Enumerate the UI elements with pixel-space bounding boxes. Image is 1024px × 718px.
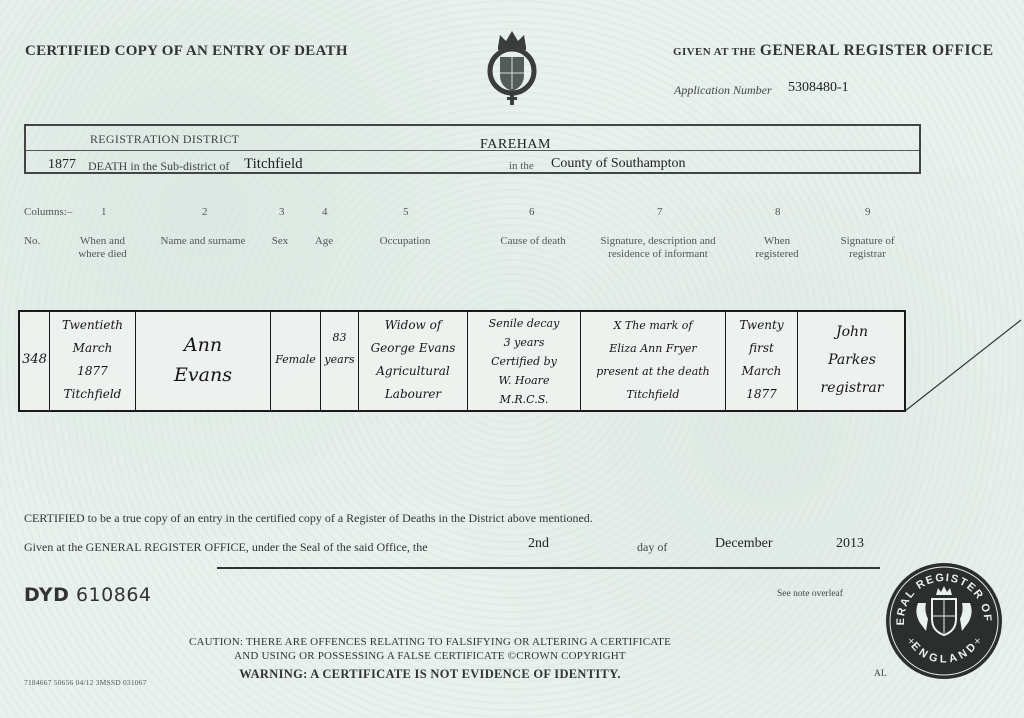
column-number: 4 bbox=[322, 206, 328, 218]
application-number-label: Application Number bbox=[674, 83, 772, 98]
entry-registrar-signature: John Parkes registrar bbox=[798, 318, 906, 402]
office-name: GENERAL REGISTER OFFICE bbox=[760, 42, 994, 59]
certificate-title: CERTIFIED COPY OF AN ENTRY OF DEATH bbox=[25, 43, 348, 60]
entry-name: Ann Evans bbox=[136, 330, 270, 390]
column-number: 1 bbox=[101, 206, 107, 218]
issue-year: 2013 bbox=[836, 536, 864, 552]
column-header-name: Name and surname bbox=[148, 235, 258, 248]
column-number: 2 bbox=[202, 206, 208, 218]
general-register-office-seal-icon: GENERAL REGISTER OFFICE ENGLAND ✕ ✕ bbox=[884, 561, 1004, 681]
registration-district-value: FAREHAM bbox=[480, 137, 551, 153]
column-header-informant: Signature, description and residence of … bbox=[593, 235, 723, 261]
issue-day: 2nd bbox=[528, 536, 549, 552]
given-at-statement: Given at the GENERAL REGISTER OFFICE, un… bbox=[24, 540, 428, 555]
svg-text:✕: ✕ bbox=[908, 637, 915, 646]
identity-warning: WARNING: A CERTIFICATE IS NOT EVIDENCE O… bbox=[160, 667, 700, 682]
column-header-no: No. bbox=[24, 235, 40, 248]
column-number: 7 bbox=[657, 206, 663, 218]
cancellation-line bbox=[903, 318, 1023, 413]
given-at-heading: GIVEN AT THE GENERAL REGISTER OFFICE bbox=[673, 42, 994, 60]
registration-year: 1877 bbox=[48, 157, 76, 173]
column-number: 9 bbox=[865, 206, 871, 218]
signature-rule bbox=[217, 567, 880, 569]
column-number: 3 bbox=[279, 206, 285, 218]
certificate-serial: DYD 610864 bbox=[24, 584, 152, 606]
column-header-sex: Sex bbox=[265, 235, 295, 248]
entry-when-where: Twentieth March 1877 Titchfield bbox=[50, 314, 135, 406]
entry-age: 83 years bbox=[321, 327, 358, 371]
svg-text:✕: ✕ bbox=[974, 637, 981, 646]
see-note-overleaf: See note overleaf bbox=[777, 589, 843, 599]
death-entry-row: 348 Twentieth March 1877 Titchfield Ann … bbox=[18, 310, 906, 412]
registration-district-label: REGISTRATION DISTRICT bbox=[90, 132, 239, 147]
serial-prefix: DYD bbox=[24, 584, 69, 606]
subdistrict-label: DEATH in the Sub-district of bbox=[88, 159, 229, 174]
caution-text: CAUTION: THERE ARE OFFENCES RELATING TO … bbox=[160, 635, 700, 663]
column-header-registered: When registered bbox=[742, 235, 812, 261]
column-header-when-where: When and where died bbox=[60, 235, 145, 261]
column-number: 5 bbox=[403, 206, 409, 218]
subdistrict-value: Titchfield bbox=[244, 156, 303, 173]
application-number: 5308480-1 bbox=[788, 80, 849, 96]
certified-statement: CERTIFIED to be a true copy of an entry … bbox=[24, 511, 593, 526]
column-header-age: Age bbox=[309, 235, 339, 248]
columns-label: Columns:– bbox=[24, 206, 72, 218]
entry-number: 348 bbox=[20, 350, 49, 370]
print-code: 7184667 50656 04/12 3MSSD 031067 bbox=[24, 678, 147, 687]
column-header-registrar: Signature of registrar bbox=[830, 235, 905, 261]
in-the-label: in the bbox=[509, 160, 534, 172]
entry-cause-of-death: Senile decay 3 years Certified by W. Hoa… bbox=[468, 314, 580, 409]
entry-sex: Female bbox=[271, 350, 320, 370]
column-header-cause: Cause of death bbox=[488, 235, 578, 248]
column-number: 8 bbox=[775, 206, 781, 218]
entry-informant: X The mark of Eliza Ann Fryer present at… bbox=[581, 314, 725, 406]
royal-crest-icon bbox=[486, 25, 538, 107]
given-prefix: GIVEN AT THE bbox=[673, 46, 756, 58]
county-value: County of Southampton bbox=[551, 156, 686, 172]
entry-occupation: Widow of George Evans Agricultural Labou… bbox=[359, 314, 467, 406]
issue-month: December bbox=[715, 536, 773, 552]
serial-number: 610864 bbox=[76, 584, 152, 606]
day-of-label: day of bbox=[637, 540, 667, 555]
entry-when-registered: Twenty first March 1877 bbox=[726, 314, 797, 406]
column-header-occupation: Occupation bbox=[365, 235, 445, 248]
column-number: 6 bbox=[529, 206, 535, 218]
